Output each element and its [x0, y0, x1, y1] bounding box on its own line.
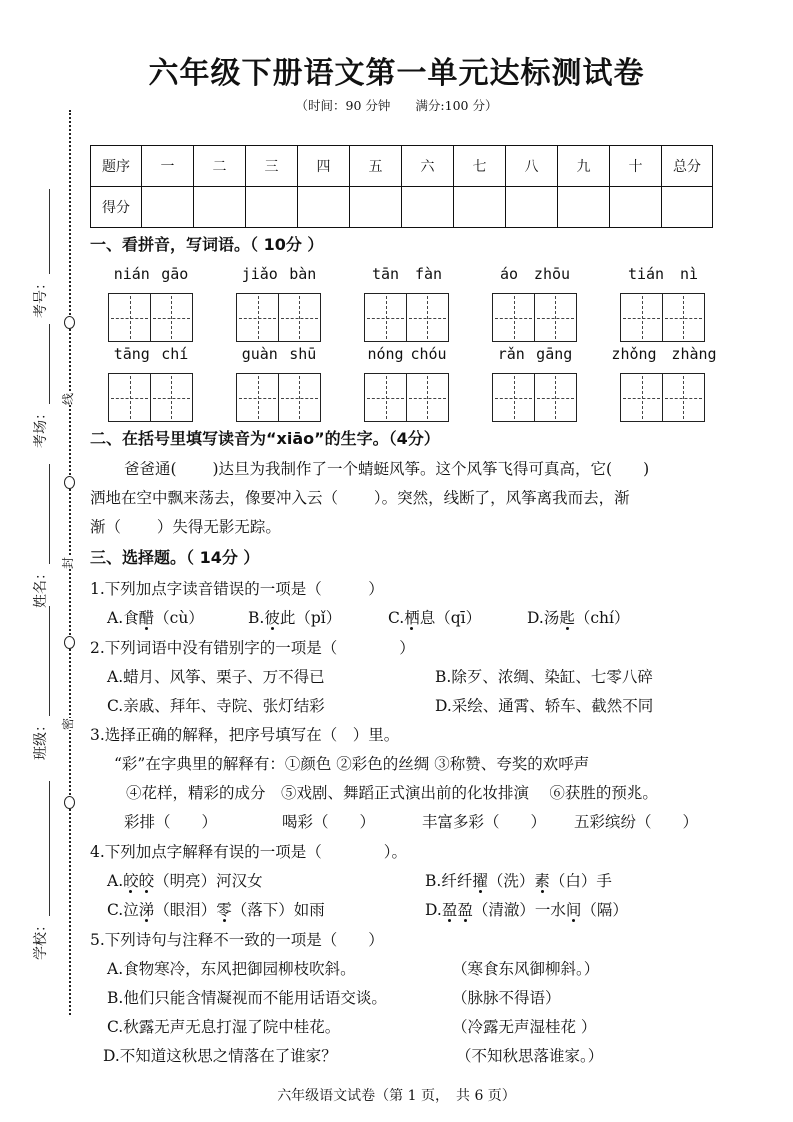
pinyin: bàn — [289, 265, 316, 287]
pinyin-item: tāngchí — [108, 345, 194, 422]
section-3-title: 三、选择题。（ 14分 ） — [90, 545, 259, 568]
option-text: （白）手 — [550, 872, 612, 890]
option-text: （chí） — [575, 609, 630, 627]
option-text: （清澈）一水 — [473, 901, 566, 919]
pinyin: guàn — [242, 345, 278, 367]
score-col-7: 七 — [454, 146, 506, 187]
score-col-8: 八 — [506, 146, 558, 187]
writing-box[interactable] — [364, 293, 407, 342]
dotted-char: 匙 — [559, 609, 575, 627]
question-3-definitions: “彩”在字典里的解释有：①颜色 ②彩色的丝绸 ③称赞、夸奖的欢呼声 — [114, 752, 589, 774]
pinyin: fàn — [415, 265, 442, 287]
question-2-option-d[interactable]: D.采绘、通霄、轿车、截然不同 — [435, 694, 653, 716]
writing-box[interactable] — [620, 293, 663, 342]
score-table-row-header: 得分 — [91, 187, 142, 228]
option-text: （眼泪） — [154, 901, 216, 919]
pinyin: zhōu — [534, 265, 570, 287]
score-col-6: 六 — [402, 146, 454, 187]
class-field[interactable]: 班级： — [30, 606, 50, 760]
fill-blank-paragraph-line: 洒地在空中飘来荡去，像要冲入云（ ）。突然，线断了，风筝离我而去，渐 — [90, 486, 630, 508]
question-2-option-c[interactable]: C.亲戚、拜年、寺院、张灯结彩 — [107, 694, 325, 716]
writing-box[interactable] — [662, 373, 705, 422]
dotted-char: 涕 — [139, 901, 155, 919]
question-3-blank[interactable]: 喝彩（ ） — [282, 810, 375, 832]
writing-box[interactable] — [534, 373, 577, 422]
pinyin-item: rǎngāng — [492, 345, 578, 422]
question-5-note-d: （不知秋思落谁家。） — [456, 1044, 603, 1066]
score-table-score-row: 得分 — [91, 187, 713, 228]
pinyin-item: guànshū — [236, 345, 322, 422]
page-title: 六年级下册语文第一单元达标测试卷 — [0, 48, 793, 92]
binding-ring-icon — [64, 316, 75, 329]
dotted-char: 零 — [216, 901, 232, 919]
question-5-stem: 5.下列诗句与注释不一致的一项是（ ） — [90, 928, 384, 950]
pinyin: rǎn — [498, 345, 525, 367]
score-table: 题序 一 二 三 四 五 六 七 八 九 十 总分 得分 — [90, 145, 713, 228]
question-5-note-b: （脉脉不得语） — [452, 986, 561, 1008]
dotted-char: 栖 — [404, 609, 420, 627]
writing-box[interactable] — [108, 373, 151, 422]
score-cell[interactable] — [558, 187, 610, 228]
pinyin-item: tiánnì — [620, 265, 706, 342]
question-4-option-b[interactable]: B.纤纤擢（洗）素（白）手 — [425, 869, 612, 891]
dotted-char: 间 — [566, 901, 582, 919]
score-cell[interactable] — [298, 187, 350, 228]
binding-marker-seal: 封 — [61, 557, 75, 569]
pinyin: gāo — [161, 265, 188, 287]
question-1-option-b[interactable]: B.彼此（pǐ） — [248, 606, 341, 628]
school-blank[interactable] — [35, 781, 50, 916]
question-5-option-b[interactable]: B.他们只能含情凝视而不能用话语交谈。 — [107, 986, 387, 1008]
question-5-note-c: （冷露无声湿桂花 ） — [452, 1015, 596, 1037]
writing-box[interactable] — [534, 293, 577, 342]
binding-ring-icon — [64, 796, 75, 809]
pinyin: nì — [680, 265, 698, 287]
option-text: （明亮）河汉女 — [154, 872, 263, 890]
score-cell[interactable] — [142, 187, 194, 228]
exam-number-field[interactable]: 考号： — [30, 189, 50, 318]
exam-number-label: 考号： — [30, 276, 50, 318]
question-5-option-a[interactable]: A.食物寒冷，东风把御园柳枝吹斜。 — [107, 957, 356, 979]
score-cell[interactable] — [610, 187, 662, 228]
pinyin: zhàng — [671, 345, 716, 367]
score-table-row-header: 题序 — [91, 146, 142, 187]
question-2-stem: 2.下列词语中没有错别字的一项是（ ） — [90, 636, 415, 658]
fill-blank-paragraph-line: 渐（ ）失得无影无踪。 — [90, 515, 281, 537]
writing-box[interactable] — [150, 373, 193, 422]
dotted-char: 素 — [534, 872, 550, 890]
exam-room-label: 考场： — [30, 406, 50, 448]
writing-box[interactable] — [620, 373, 663, 422]
pinyin: jiǎo — [242, 265, 278, 287]
option-text: B.纤纤 — [425, 872, 472, 890]
page-footer: 六年级语文试卷（第 1 页， 共 6 页） — [0, 1085, 793, 1105]
question-5-option-c[interactable]: C.秋露无声无息打湿了院中桂花。 — [107, 1015, 340, 1037]
pinyin: áo — [500, 265, 518, 287]
score-cell[interactable] — [402, 187, 454, 228]
school-label: 学校： — [30, 918, 50, 960]
question-4-option-d[interactable]: D.盈盈（清澈）一水间（隔） — [425, 898, 628, 920]
score-col-3: 三 — [246, 146, 298, 187]
question-3-blank[interactable]: 五彩缤纷（ ） — [574, 810, 698, 832]
option-text: C.泣 — [107, 901, 139, 919]
pinyin: nián — [114, 265, 150, 287]
section-1-title: 一、看拼音，写词语。（ 10分 ） — [90, 232, 323, 255]
question-4-option-a[interactable]: A.皎皎（明亮）河汉女 — [107, 869, 263, 891]
name-label: 姓名： — [30, 566, 50, 608]
score-cell[interactable] — [194, 187, 246, 228]
pinyin-item: zhǒngzhàng — [620, 345, 710, 422]
writing-box[interactable] — [662, 293, 705, 342]
score-cell[interactable] — [350, 187, 402, 228]
dotted-char: 彼 — [264, 609, 280, 627]
exam-number-blank[interactable] — [35, 189, 50, 274]
score-cell[interactable] — [246, 187, 298, 228]
score-col-4: 四 — [298, 146, 350, 187]
pinyin-item: jiǎobàn — [236, 265, 322, 342]
pinyin-item: áozhōu — [492, 265, 578, 342]
writing-box[interactable] — [364, 373, 407, 422]
question-3-blank[interactable]: 丰富多彩（ ） — [422, 810, 546, 832]
binding-ring-icon — [64, 476, 75, 489]
question-5-note-a: （寒食东风御柳斜。） — [452, 957, 599, 979]
score-col-1: 一 — [142, 146, 194, 187]
option-text: 此（pǐ） — [280, 609, 341, 627]
pinyin: nóng — [367, 345, 403, 367]
writing-box[interactable] — [108, 293, 151, 342]
writing-box[interactable] — [492, 373, 535, 422]
binding-ring-icon — [64, 636, 75, 649]
name-field[interactable]: 姓名： — [30, 464, 50, 608]
name-blank[interactable] — [35, 464, 50, 564]
exam-room-blank[interactable] — [35, 324, 50, 404]
writing-box[interactable] — [236, 293, 279, 342]
score-cell[interactable] — [506, 187, 558, 228]
writing-box[interactable] — [492, 293, 535, 342]
question-2-option-b[interactable]: B.除歹、浓绸、染缸、七零八碎 — [435, 665, 653, 687]
option-text: （隔） — [581, 901, 628, 919]
score-col-5: 五 — [350, 146, 402, 187]
question-3-stem: 3.选择正确的解释，把序号填写在（ ）里。 — [90, 723, 399, 745]
option-text: （cù） — [154, 609, 204, 627]
option-text: B. — [248, 609, 264, 627]
question-4-option-c[interactable]: C.泣涕（眼泪）零（落下）如雨 — [107, 898, 325, 920]
dotted-char: 盈 — [457, 901, 473, 919]
score-cell-total[interactable] — [662, 187, 713, 228]
option-text: A. — [107, 872, 123, 890]
binding-marker-secret: 密 — [61, 718, 75, 730]
pinyin: chí — [161, 345, 188, 367]
score-col-2: 二 — [194, 146, 246, 187]
question-5-option-d[interactable]: D.不知道这秋思之情落在了谁家？ — [103, 1044, 337, 1066]
pinyin-item: tānfàn — [364, 265, 450, 342]
writing-box[interactable] — [236, 373, 279, 422]
dotted-char: 醋 — [139, 609, 155, 627]
exam-info: （时间：90 分钟 满分:100 分） — [0, 96, 793, 114]
writing-box[interactable] — [150, 293, 193, 342]
score-col-10: 十 — [610, 146, 662, 187]
question-3-definitions: ④花样，精彩的成分 ⑤戏剧、舞蹈正式演出前的化妆排演 ⑥获胜的预兆。 — [126, 781, 658, 803]
pinyin: shū — [289, 345, 316, 367]
pinyin-item: niángāo — [108, 265, 194, 342]
option-text: （落下）如雨 — [232, 901, 325, 919]
section-2-title: 二、在括号里填写读音为“xiāo”的生字。（4分） — [90, 426, 440, 449]
writing-box[interactable] — [406, 373, 449, 422]
score-table-header-row: 题序 一 二 三 四 五 六 七 八 九 十 总分 — [91, 146, 713, 187]
score-col-9: 九 — [558, 146, 610, 187]
question-4-stem: 4.下列加点字解释有误的一项是（ ）。 — [90, 840, 407, 862]
writing-box[interactable] — [278, 293, 321, 342]
class-blank[interactable] — [35, 606, 50, 716]
question-1-option-d[interactable]: D.汤匙（chí） — [527, 606, 629, 628]
dotted-char: 擢 — [472, 872, 488, 890]
writing-box[interactable] — [406, 293, 449, 342]
question-1-stem: 1.下列加点字读音错误的一项是（ ） — [90, 577, 384, 599]
option-text: A.食 — [107, 609, 139, 627]
pinyin: tān — [372, 265, 399, 287]
pinyin: tāng — [114, 345, 150, 367]
score-cell[interactable] — [454, 187, 506, 228]
question-1-option-c[interactable]: C.栖息（qī） — [388, 606, 481, 628]
exam-room-field[interactable]: 考场： — [30, 324, 50, 448]
dotted-char: 盈 — [442, 901, 458, 919]
question-3-blank[interactable]: 彩排（ ） — [124, 810, 217, 832]
pinyin: gāng — [536, 345, 572, 367]
option-text: D. — [425, 901, 442, 919]
fill-blank-paragraph-line: 爸爸通( )达旦为我制作了一个蜻蜓风筝。这个风筝飞得可真高，它( ) — [124, 457, 649, 479]
question-2-option-a[interactable]: A.蜡月、风筝、栗子、万不得已 — [107, 665, 325, 687]
pinyin-item: nóngchóu — [364, 345, 450, 422]
pinyin: tián — [628, 265, 664, 287]
score-col-total: 总分 — [662, 146, 713, 187]
binding-marker-line: 线 — [61, 393, 75, 405]
option-text: D.汤 — [527, 609, 559, 627]
writing-box[interactable] — [278, 373, 321, 422]
school-field[interactable]: 学校： — [30, 781, 50, 960]
class-label: 班级： — [30, 718, 50, 760]
pinyin: zhǒng — [611, 345, 656, 367]
option-text: （洗） — [488, 872, 535, 890]
dotted-char: 皎 — [139, 872, 155, 890]
option-text: C. — [388, 609, 404, 627]
dotted-char: 皎 — [123, 872, 139, 890]
question-1-option-a[interactable]: A.食醋（cù） — [107, 606, 204, 628]
pinyin: chóu — [410, 345, 446, 367]
option-text: 息（qī） — [420, 609, 481, 627]
